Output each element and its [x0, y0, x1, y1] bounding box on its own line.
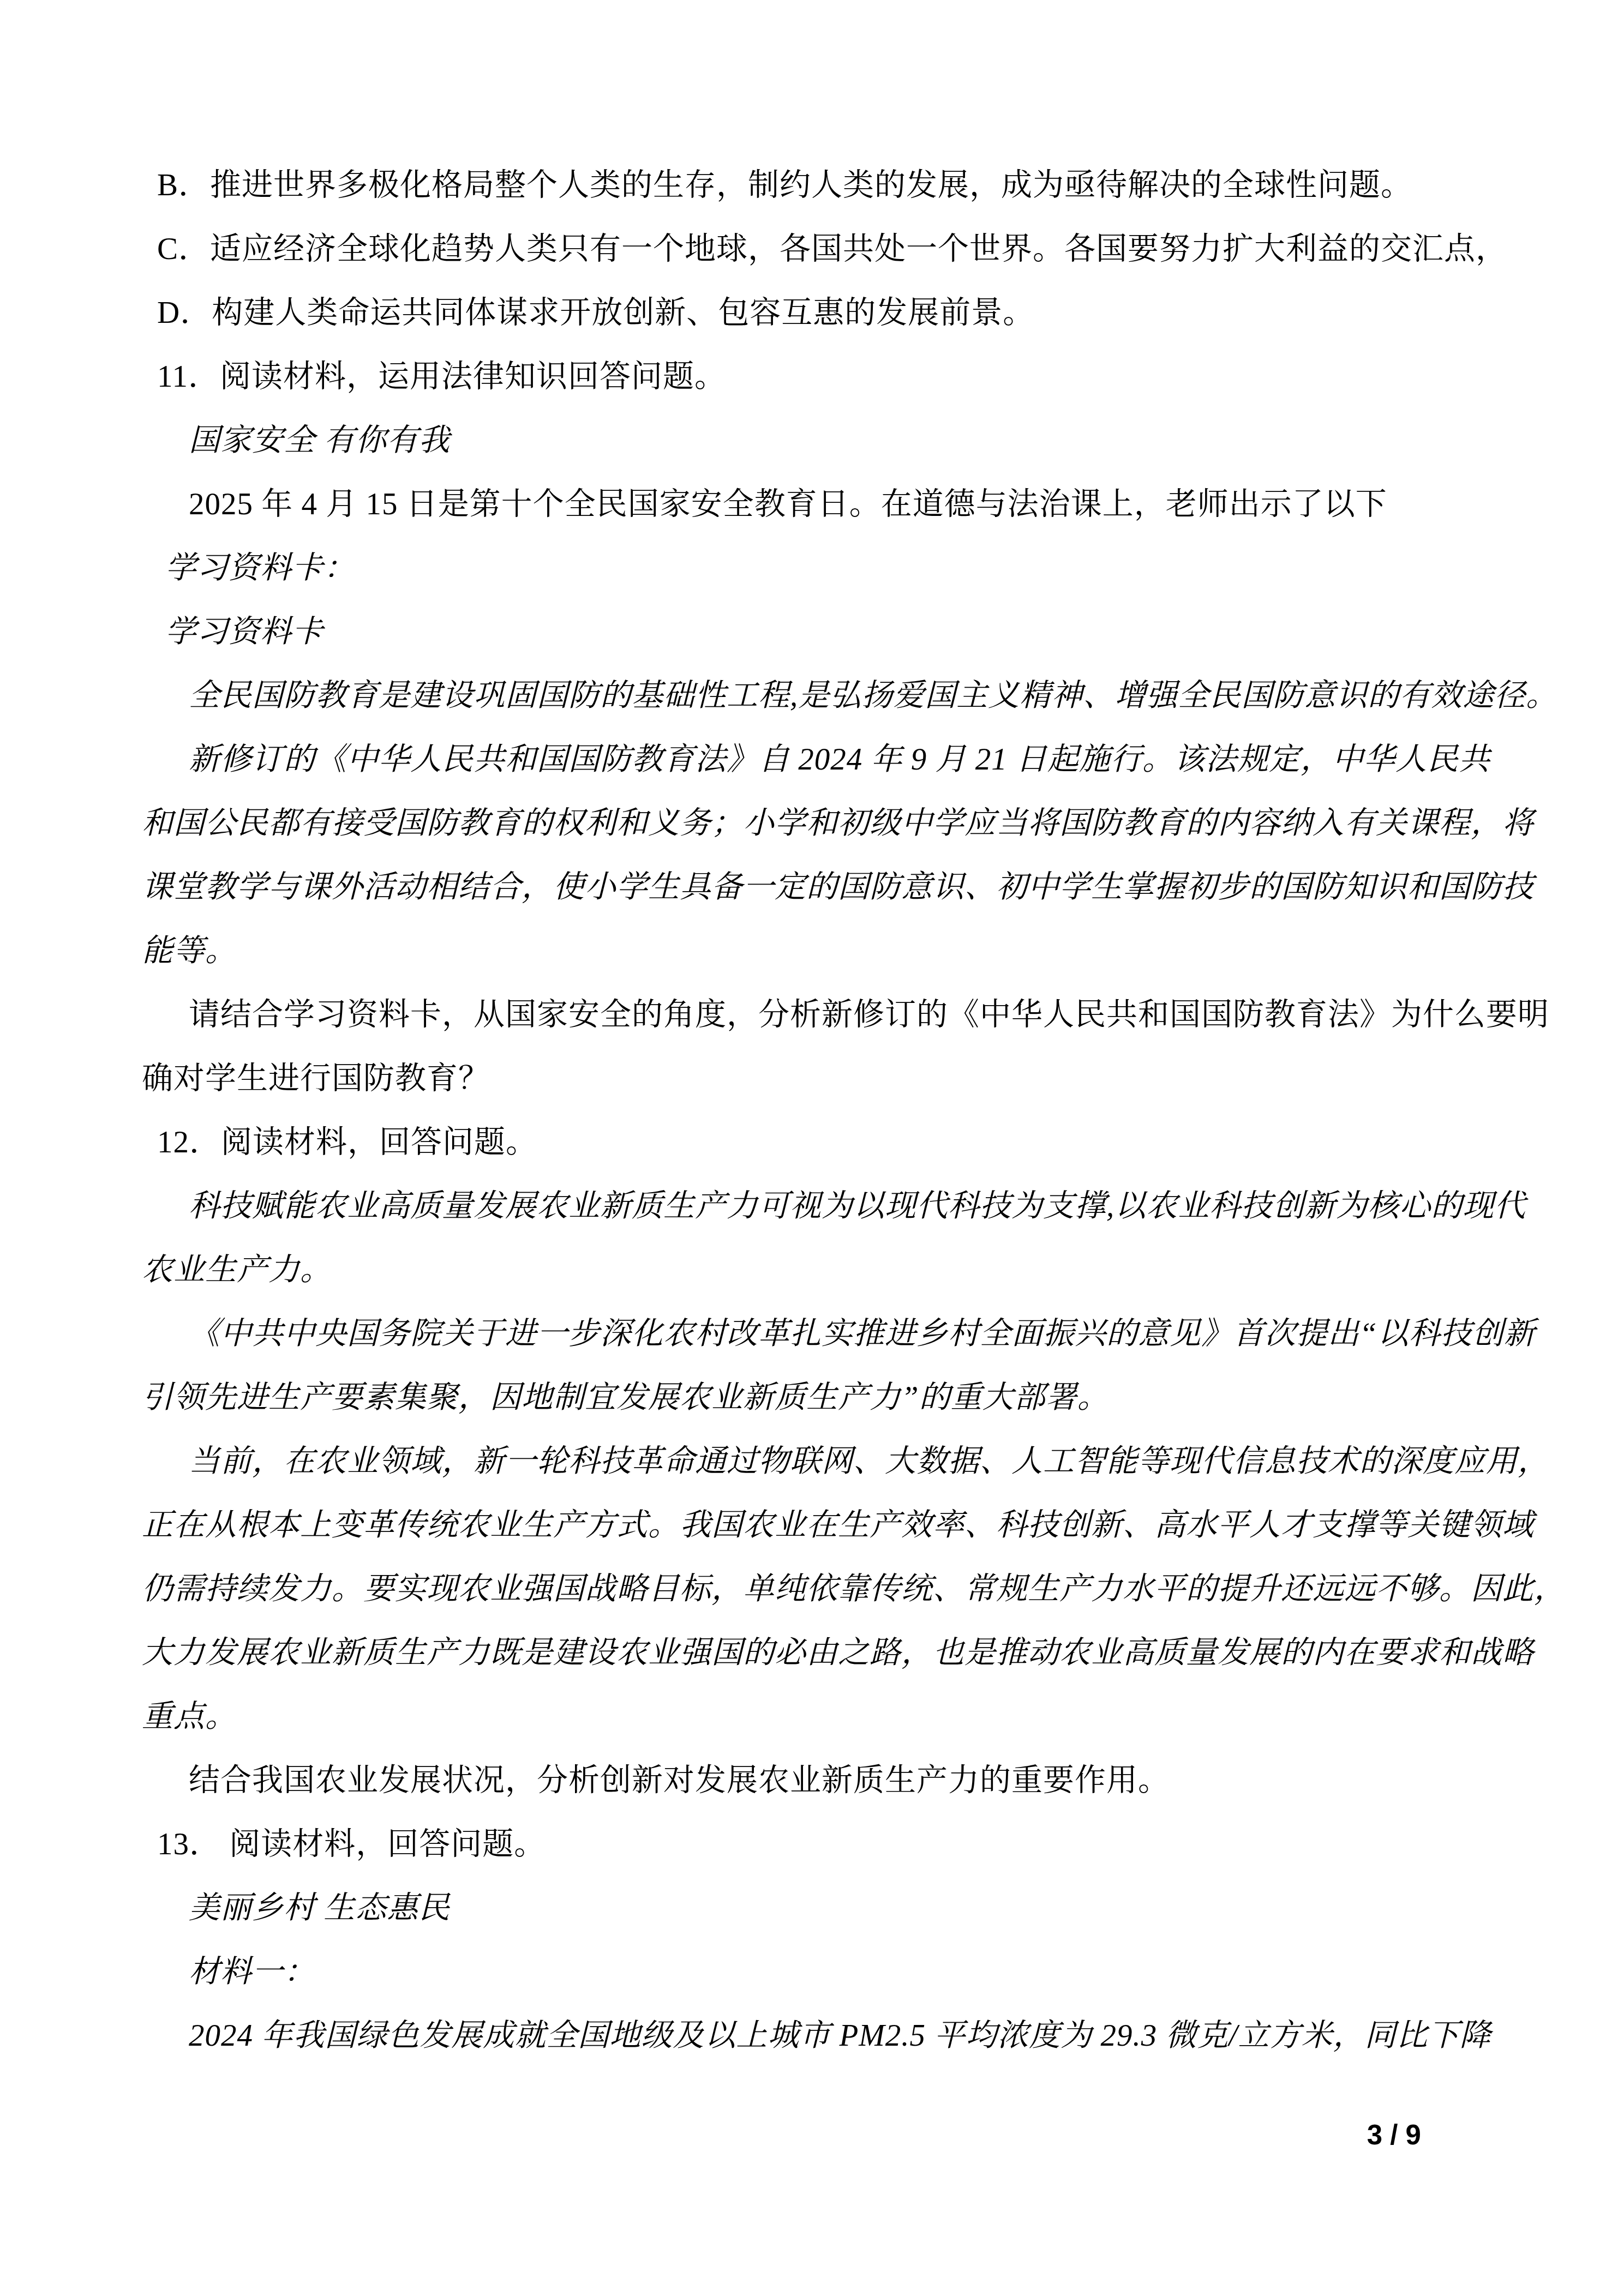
question-11-stem: 11．阅读材料，运用法律知识回答问题。	[157, 345, 1517, 408]
page-number: 3 / 9	[1367, 2119, 1421, 2151]
study-card-heading: 学习资料卡	[165, 600, 1517, 664]
question-13-stem: 13． 阅读材料，回答问题。	[157, 1812, 1517, 1876]
study-card-para2-line3: 课堂教学与课外活动相结合，使小学生具备一定的国防意识、初中学生掌握初步的国防知识…	[142, 855, 1517, 919]
q12-material-para3-line4: 大力发展农业新质生产力既是建设农业强国的必由之路，也是推动农业高质量发展的内在要…	[142, 1621, 1517, 1685]
q12-material-para3-line2: 正在从根本上变革传统农业生产方式。我国农业在生产效率、科技创新、高水平人才支撑等…	[142, 1493, 1517, 1557]
q12-prompt-line: 结合我国农业发展状况，分析创新对发展农业新质生产力的重要作用。	[189, 1748, 1517, 1812]
q12-material-para3-line5: 重点。	[142, 1685, 1517, 1748]
question-12-stem: 12．阅读材料，回答问题。	[157, 1110, 1517, 1174]
q12-material-para3-line1: 当前，在农业领域，新一轮科技革命通过物联网、大数据、人工智能等现代信息技术的深度…	[189, 1429, 1517, 1493]
q13-material-1-label: 材料一：	[189, 1940, 1517, 2004]
q12-material-para2-line2: 引领先进生产要素集聚，因地制宜发展农业新质生产力”的重大部署。	[142, 1366, 1517, 1429]
q13-material-title: 美丽乡村 生态惠民	[189, 1876, 1517, 1940]
q11-material-title: 国家安全 有你有我	[189, 408, 1517, 472]
study-card-para1-line1: 全民国防教育是建设巩固国防的基础性工程,是弘扬爱国主义精神、增强全民国防意识的有…	[189, 664, 1517, 728]
study-card-para2-line2: 和国公民都有接受国防教育的权利和义务；小学和初级中学应当将国防教育的内容纳入有关…	[142, 791, 1517, 855]
option-d-line: D．构建人类命运共同体谋求开放创新、包容互惠的发展前景。	[157, 281, 1517, 345]
exam-document-page: B．推进世界多极化格局整个人类的生存，制约人类的发展，成为亟待解决的全球性问题。…	[0, 0, 1624, 2296]
study-card-para2-line1: 新修订的《中华人民共和国国防教育法》自 2024 年 9 月 21 日起施行。该…	[189, 728, 1517, 791]
study-card-para2-line4: 能等。	[142, 919, 1517, 983]
option-c-line: C．适应经济全球化趋势人类只有一个地球，各国共处一个世界。各国要努力扩大利益的交…	[157, 217, 1517, 281]
page-content: B．推进世界多极化格局整个人类的生存，制约人类的发展，成为亟待解决的全球性问题。…	[142, 153, 1517, 2067]
q11-intro-line-1: 2025 年 4 月 15 日是第十个全民国家安全教育日。在道德与法治课上，老师…	[189, 472, 1517, 536]
q11-prompt-line-2: 确对学生进行国防教育？	[142, 1047, 1517, 1110]
q12-material-para3-line3: 仍需持续发力。要实现农业强国战略目标，单纯依靠传统、常规生产力水平的提升还远远不…	[142, 1557, 1517, 1621]
option-b-line: B．推进世界多极化格局整个人类的生存，制约人类的发展，成为亟待解决的全球性问题。	[157, 153, 1517, 217]
q11-prompt-line-1: 请结合学习资料卡，从国家安全的角度，分析新修订的《中华人民共和国国防教育法》为什…	[189, 983, 1517, 1047]
q12-material-para2-line1: 《中共中央国务院关于进一步深化农村改革扎实推进乡村全面振兴的意见》首次提出“以科…	[189, 1302, 1517, 1366]
q11-intro-line-2: 学习资料卡：	[165, 536, 1517, 600]
q12-material-para1-line1: 科技赋能农业高质量发展农业新质生产力可视为以现代科技为支撑,以农业科技创新为核心…	[189, 1174, 1517, 1238]
q13-material-1-line1: 2024 年我国绿色发展成就全国地级及以上城市 PM2.5 平均浓度为 29.3…	[189, 2004, 1517, 2067]
q12-material-para1-line2: 农业生产力。	[142, 1238, 1517, 1302]
